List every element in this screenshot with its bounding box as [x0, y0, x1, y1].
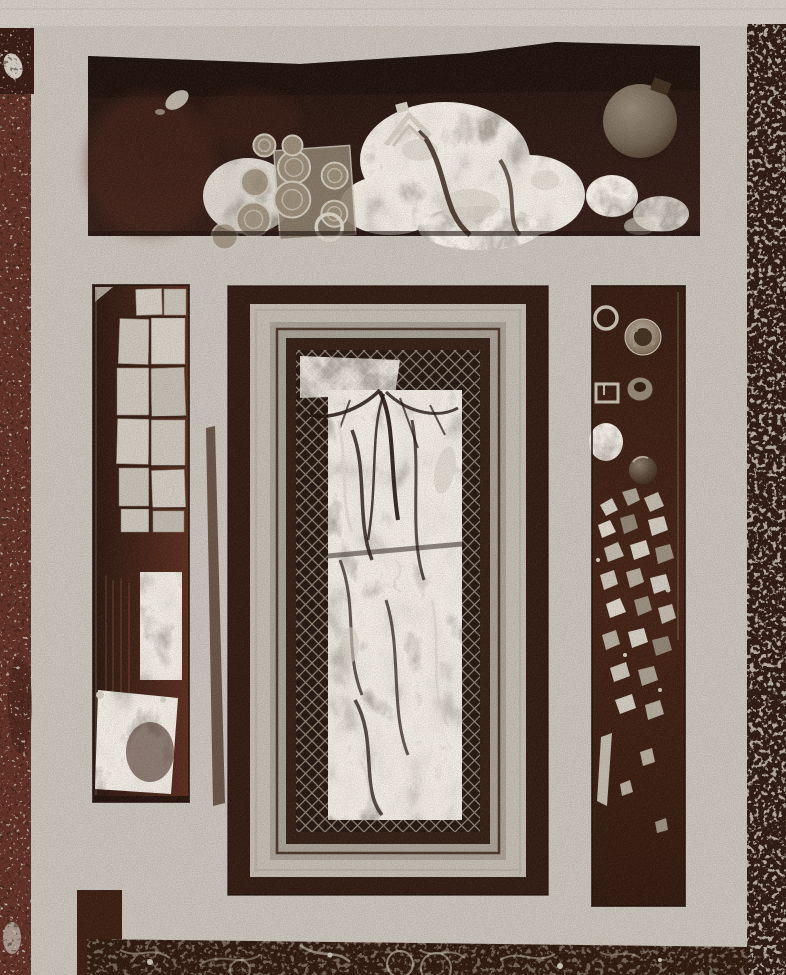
tomb-photograph: [0, 0, 786, 975]
sepia-tint: [0, 0, 786, 975]
photo-canvas: [0, 0, 786, 975]
